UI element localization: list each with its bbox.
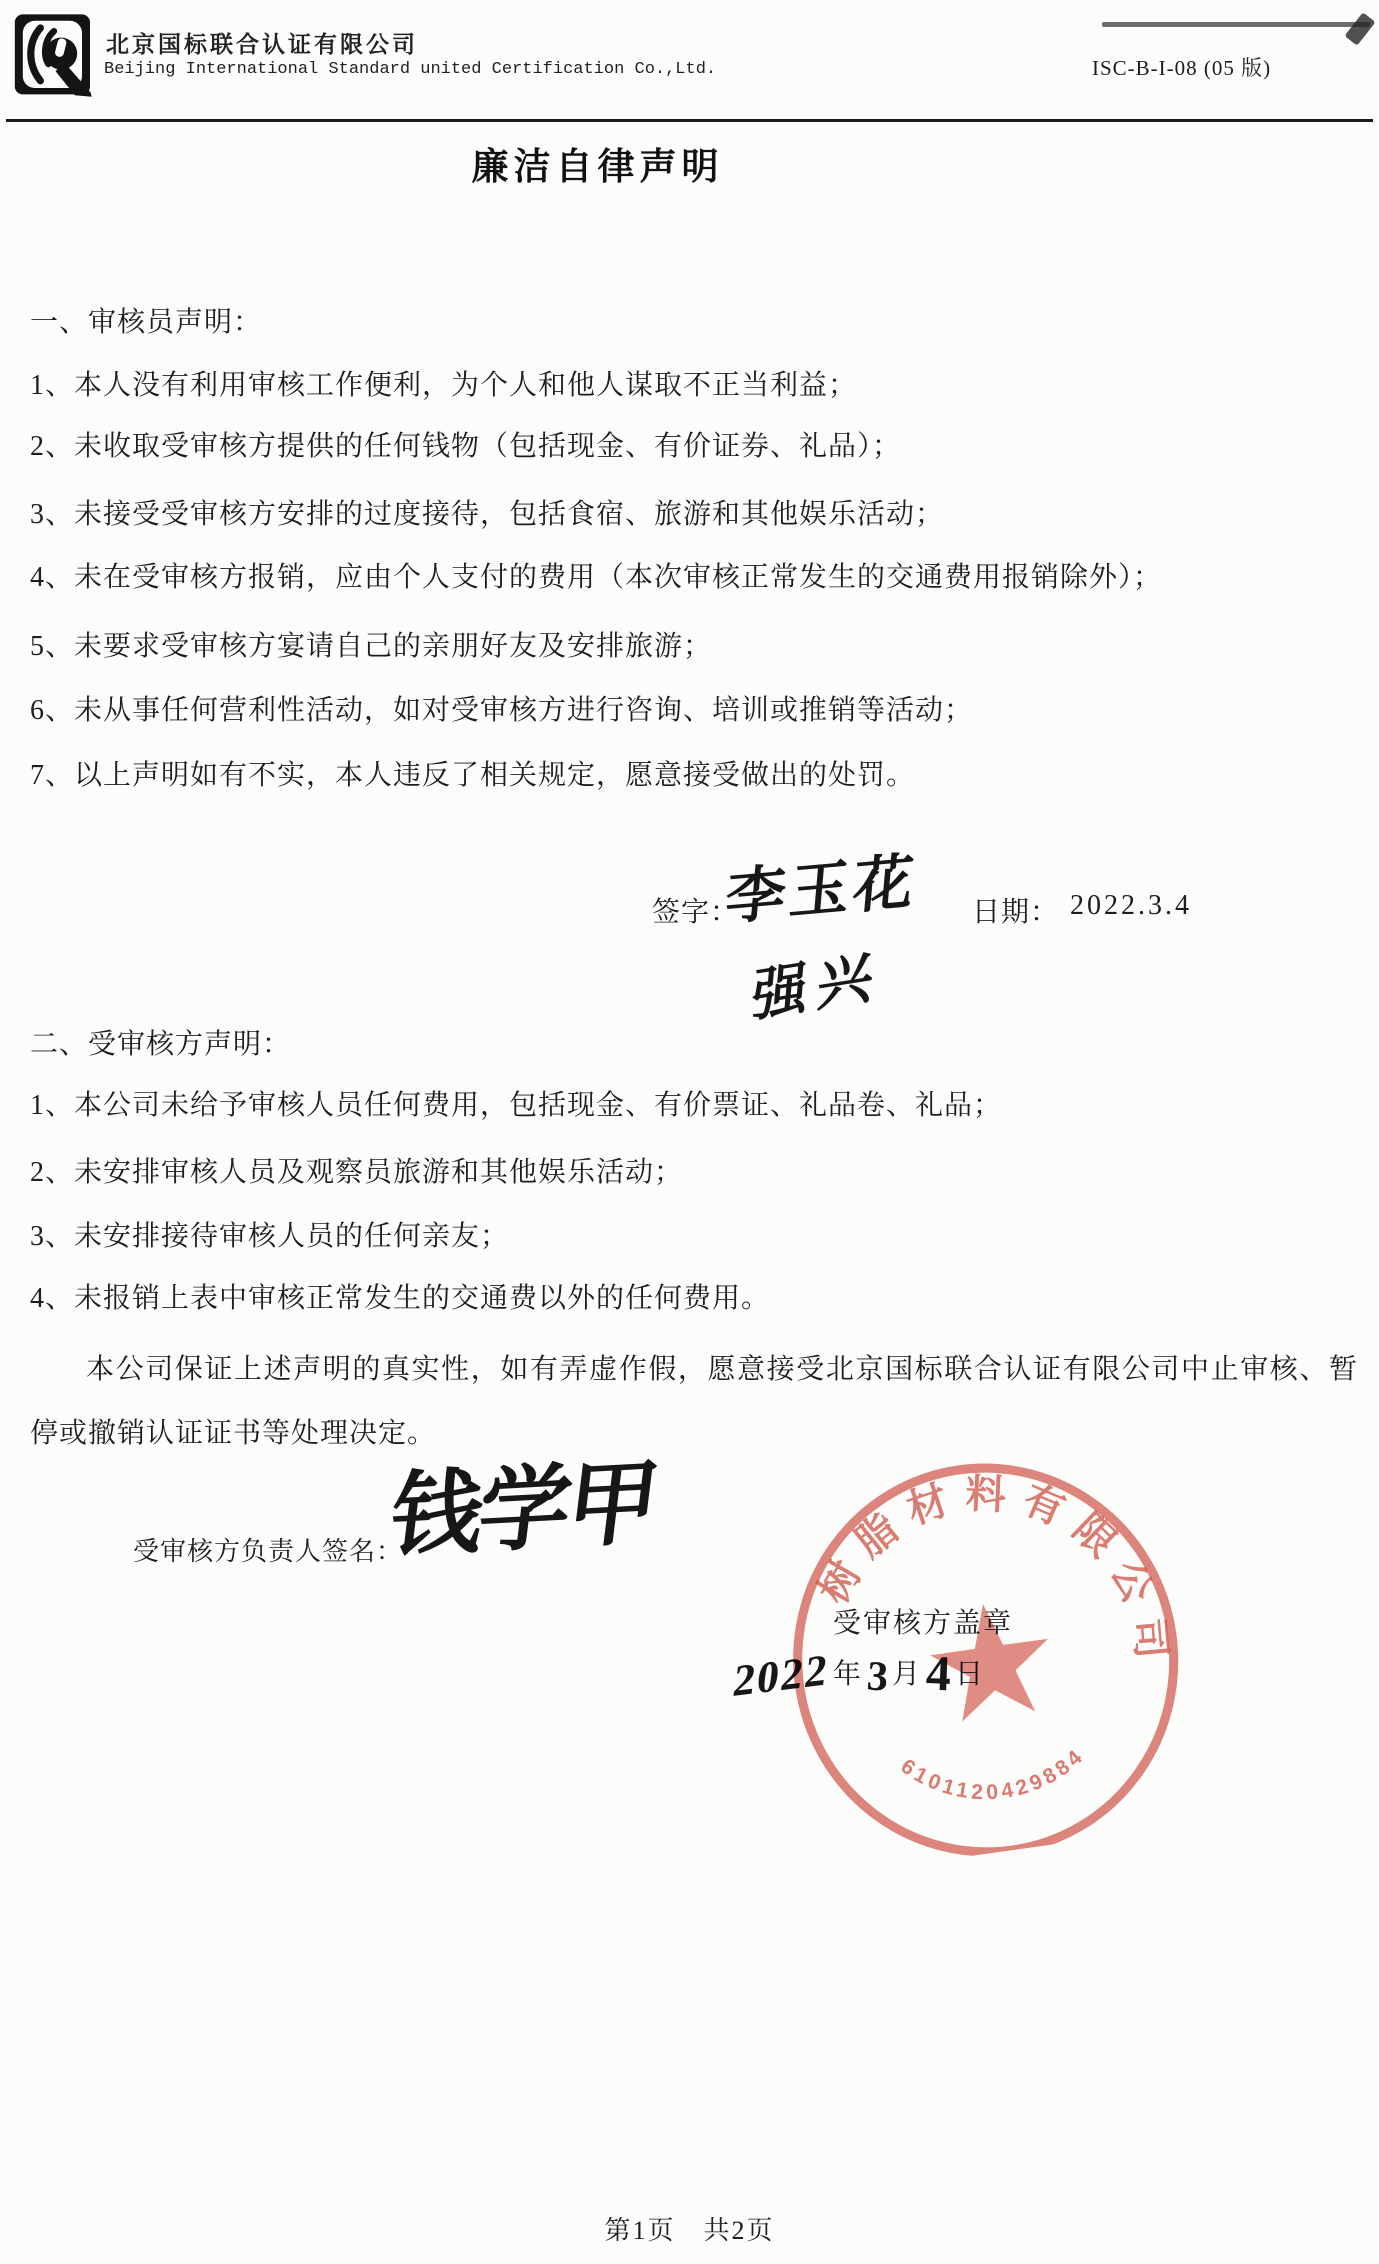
scan-artifact-blob [1344, 12, 1375, 45]
section1-heading: 一、审核员声明： [30, 300, 262, 340]
auditor-date-label: 日期： [972, 890, 1059, 930]
auditor-date-value: 2022.3.4 [1070, 890, 1192, 922]
section2-item: 2、未安排审核人员及观察员旅游和其他娱乐活动； [30, 1150, 683, 1190]
section2-item: 4、未报销上表中审核正常发生的交通费以外的任何费用。 [30, 1276, 770, 1316]
section1-item: 6、未从事任何营利性活动，如对受审核方进行咨询、培训或推销等活动； [30, 688, 973, 728]
scanned-document-page: 北京国标联合认证有限公司 Beijing International Stand… [0, 0, 1379, 2264]
section1-item: 2、未收取受审核方提供的任何钱物（包括现金、有价证券、礼品）； [30, 424, 901, 464]
page-title: 廉洁自律声明 [0, 136, 1195, 190]
section2-item: 1、本公司未给予审核人员任何费用，包括现金、有价票证、礼品卷、礼品； [30, 1083, 1002, 1123]
section1-item: 3、未接受受审核方安排的过度接待，包括食宿、旅游和其他娱乐活动； [30, 492, 944, 532]
company-logo-icon [14, 13, 94, 99]
company-name-en: Beijing International Standard united Ce… [104, 60, 716, 79]
section1-item: 7、以上声明如有不实，本人违反了相关规定，愿意接受做出的处罚。 [30, 753, 915, 793]
section1-item: 1、本人没有利用审核工作便利，为个人和他人谋取不正当利益； [30, 363, 857, 403]
red-company-seal: 树脂材料有限公司 6101120429884 [763, 1433, 1208, 1878]
svg-text:6101120429884: 6101120429884 [894, 1730, 1094, 1817]
company-name-cn: 北京国标联合认证有限公司 [106, 26, 418, 59]
auditor-signature-2: 强兴 [749, 931, 887, 1034]
rep-signature: 钱学甲 [384, 1429, 664, 1576]
pledge-paragraph: 本公司保证上述声明的真实性，如有弄虚作假，愿意接受北京国标联合认证有限公司中止审… [30, 1338, 1358, 1466]
section1-item: 4、未在受审核方报销，应由个人支付的费用（本次审核正常发生的交通费用报销除外）； [30, 555, 1162, 595]
document-code: ISC-B-I-08 (05 版) [1092, 52, 1271, 82]
seal-star-icon [924, 1596, 1058, 1725]
scan-artifact-line [1102, 22, 1370, 27]
section2-item: 3、未安排接待审核人员的任何亲友； [30, 1214, 509, 1254]
rep-sign-label: 受审核方负责人签名： [133, 1531, 403, 1568]
header-divider [6, 119, 1373, 122]
page-footer: 第1页 共2页 [0, 2210, 1379, 2247]
section2-heading: 二、受审核方声明： [30, 1022, 291, 1062]
section1-item: 5、未要求受审核方宴请自己的亲朋好友及安排旅游； [30, 624, 712, 664]
seal-number: 6101120429884 [894, 1730, 1094, 1817]
auditor-signature-1: 李玉花 [723, 833, 922, 937]
